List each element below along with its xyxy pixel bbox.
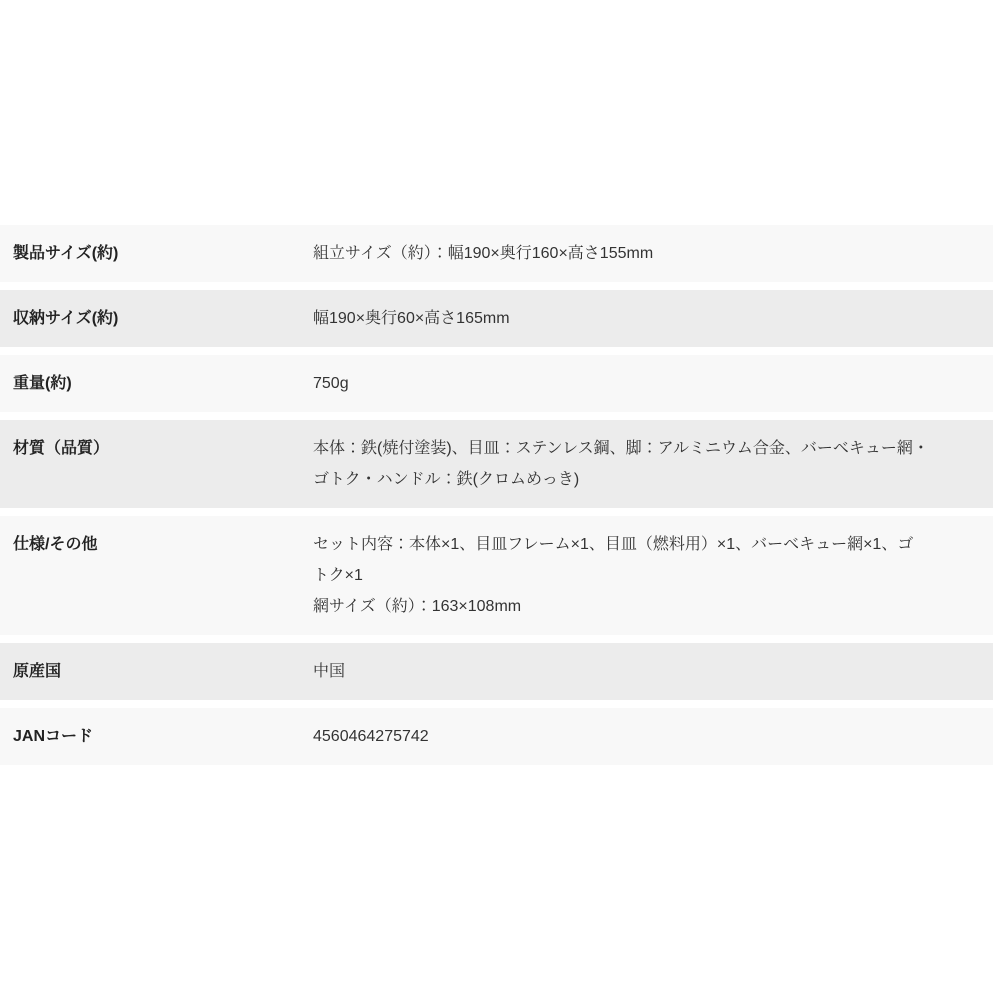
spec-label: 仕様/その他	[0, 529, 313, 560]
spec-row: 重量(約) 750g	[0, 355, 993, 412]
spec-row: 材質（品質） 本体：鉄(焼付塗装)、目皿：ステンレス鋼、脚：アルミニウム合金、バ…	[0, 420, 993, 508]
spec-value: 本体：鉄(焼付塗装)、目皿：ステンレス鋼、脚：アルミニウム合金、バーベキュー網・…	[313, 433, 993, 495]
spec-label: JANコード	[0, 721, 313, 752]
spec-label: 重量(約)	[0, 368, 313, 399]
spec-row: 仕様/その他 セット内容：本体×1、目皿フレーム×1、目皿（燃料用）×1、バーベ…	[0, 516, 993, 635]
spec-label: 材質（品質）	[0, 433, 313, 464]
spec-row: 収納サイズ(約) 幅190×奥行60×高さ165mm	[0, 290, 993, 347]
product-spec-table: 製品サイズ(約) 組立サイズ（約）：幅190×奥行160×高さ155mm 収納サ…	[0, 225, 993, 765]
spec-value: 組立サイズ（約）：幅190×奥行160×高さ155mm	[313, 238, 993, 269]
spec-label: 製品サイズ(約)	[0, 238, 313, 269]
spec-row: 製品サイズ(約) 組立サイズ（約）：幅190×奥行160×高さ155mm	[0, 225, 993, 282]
spec-value: セット内容：本体×1、目皿フレーム×1、目皿（燃料用）×1、バーベキュー網×1、…	[313, 529, 993, 622]
spec-value: 750g	[313, 368, 993, 399]
spec-row: JANコード 4560464275742	[0, 708, 993, 765]
spec-value: 中国	[313, 656, 993, 687]
spec-label: 原産国	[0, 656, 313, 687]
spec-label: 収納サイズ(約)	[0, 303, 313, 334]
spec-value: 幅190×奥行60×高さ165mm	[313, 303, 993, 334]
spec-value: 4560464275742	[313, 721, 993, 752]
spec-row: 原産国 中国	[0, 643, 993, 700]
